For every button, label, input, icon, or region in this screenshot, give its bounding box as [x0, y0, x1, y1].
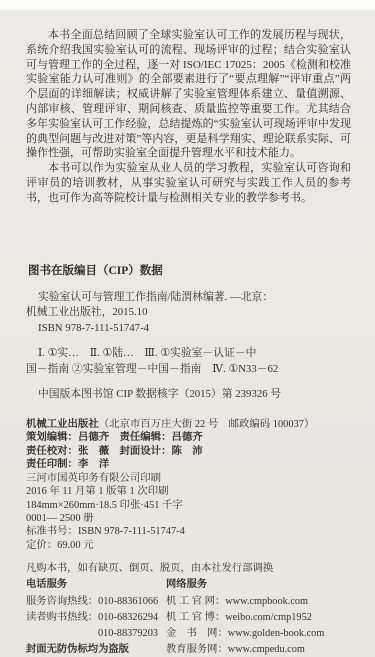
- phone-line-consult: 服务咨询热线：010-88361066: [26, 594, 166, 610]
- book-summary: 本书全面总结回顾了全球实验室认可工作的发展历程与现状，系统介绍我国实验室认可的流…: [26, 28, 351, 206]
- phone-label: 服务咨询热线：: [26, 596, 98, 607]
- web-label: 机 工 官 博：: [166, 612, 225, 623]
- phone-line-purchase: 读者购书热线：010-68326294: [26, 610, 166, 626]
- service-row: 读者购书热线：010-68326294 机 工 官 博：weibo.com/cm…: [26, 610, 351, 626]
- anti-piracy-notice: 封面无防伪标均为盗版: [26, 642, 166, 657]
- exchange-notice: 凡购本书，如有缺页、倒页、脱页，由本社发行部调换: [26, 561, 351, 577]
- cip-isbn-line: ISBN 978-7-111-51747-4: [26, 321, 351, 337]
- web-url: www.golden-book.com: [228, 628, 325, 639]
- staff-line-planning-editor: 策划编辑：吕德齐 责任编辑：吕德齐: [26, 431, 351, 444]
- web-line-golden-book: 金 书 网：www.golden-book.com: [166, 626, 324, 642]
- print-run-line: 0001— 2500 册: [26, 512, 351, 525]
- web-line-official-site: 机 工 官 网：www.cmpbook.com: [166, 594, 308, 610]
- web-line-weibo: 机 工 官 博：weibo.com/cmp1952: [166, 610, 312, 626]
- phone-label: 读者购书热线：: [26, 612, 98, 623]
- standard-isbn-line: 标准书号：ISBN 978-7-111-51747-4: [26, 525, 351, 538]
- phone-number: 010-88361066: [98, 596, 158, 607]
- cip-record: 实验室认可与管理工作指南/陆渭林编著. —北京： 机械工业出版社，2015.10…: [26, 290, 351, 337]
- phone-number: 010-88379203: [98, 628, 158, 639]
- staff-line-proofreader-designer: 责任校对：张 薇 封面设计：陈 沛: [26, 445, 351, 458]
- web-line-education: 教育服务网：www.cmpedu.com: [166, 642, 305, 657]
- phone-line-extra: 010-88379203: [26, 626, 166, 642]
- colophon: 机械工业出版社（北京市百万庄大街 22 号 邮政编码 100037） 策划编辑：…: [26, 418, 351, 552]
- web-url: www.cmpbook.com: [225, 596, 308, 607]
- service-header-row: 电话服务 网络服务: [26, 577, 351, 593]
- printer-line: 三河市国英印务有限公司印刷: [26, 472, 351, 485]
- cip-publisher-line: 机械工业出版社，2015.10: [26, 305, 351, 321]
- format-line: 184mm×260mm·18.5 印张·451 千字: [26, 499, 351, 512]
- staff-line-print-supervisor: 责任印制：李 洋: [26, 458, 351, 471]
- cip-class-line-2: 国－指南 ②实验室管理－中国－指南 Ⅳ. ①N33－62: [26, 362, 351, 378]
- cip-heading: 图书在版编目（CIP）数据: [28, 262, 351, 278]
- phone-number: 010-68326294: [98, 612, 158, 623]
- phone-service-header: 电话服务: [26, 577, 166, 593]
- price-line: 定价：69.00 元: [26, 539, 351, 552]
- edition-line: 2016 年 11 月第 1 版第 1 次印刷: [26, 485, 351, 498]
- web-url: www.cmpedu.com: [228, 644, 305, 655]
- publisher-line: 机械工业出版社（北京市百万庄大街 22 号 邮政编码 100037）: [26, 418, 351, 431]
- summary-paragraph-1: 本书全面总结回顾了全球实验室认可工作的发展历程与现状，系统介绍我国实验室认可的流…: [26, 28, 351, 161]
- cip-class-line-1: Ⅰ. ①实… Ⅱ. ①陆… Ⅲ. ①实验室－认证－中: [26, 346, 351, 362]
- web-label: 机 工 官 网：: [166, 596, 225, 607]
- web-url: weibo.com/cmp1952: [225, 612, 312, 623]
- service-row: 服务咨询热线：010-88361066 机 工 官 网：www.cmpbook.…: [26, 594, 351, 610]
- publisher-address: （北京市百万庄大街 22 号 邮政编码 100037）: [99, 419, 315, 430]
- service-row: 010-88379203 金 书 网：www.golden-book.com: [26, 626, 351, 642]
- summary-paragraph-2: 本书可以作为实验室从业人员的学习教程，实验室认可咨询和评审员的培训教材，从事实验…: [26, 161, 351, 205]
- cip-classification: Ⅰ. ①实… Ⅱ. ①陆… Ⅲ. ①实验室－认证－中 国－指南 ②实验室管理－中…: [26, 346, 351, 377]
- service-row: 封面无防伪标均为盗版 教育服务网：www.cmpedu.com: [26, 642, 351, 657]
- web-label: 教育服务网：: [166, 644, 228, 655]
- cip-registry-line: 中国版本图书馆 CIP 数据核字（2015）第 239326 号: [26, 386, 351, 401]
- web-label: 金 书 网：: [166, 628, 228, 639]
- cip-title-line: 实验室认可与管理工作指南/陆渭林编著. —北京：: [26, 290, 351, 306]
- publisher-name: 机械工业出版社: [26, 419, 99, 430]
- scanned-copyright-page: 本书全面总结回顾了全球实验室认可工作的发展历程与现状，系统介绍我国实验室认可的流…: [0, 10, 375, 657]
- service-block: 凡购本书，如有缺页、倒页、脱页，由本社发行部调换 电话服务 网络服务 服务咨询热…: [26, 561, 351, 657]
- web-service-header: 网络服务: [166, 577, 207, 593]
